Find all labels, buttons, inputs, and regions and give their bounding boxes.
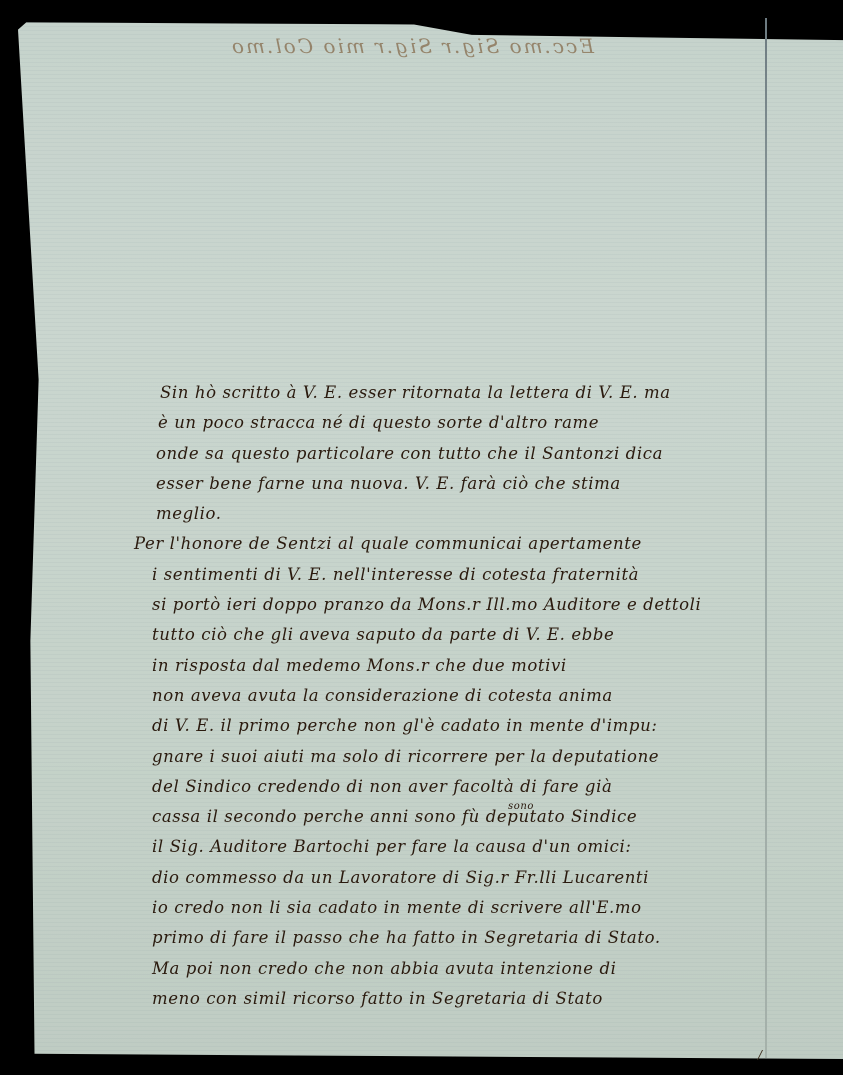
text-line: Per l'honore de Sentzi al quale communic… [120, 529, 780, 559]
handwritten-text-block: Sin hò scritto à V. E. esser ritornata l… [120, 378, 780, 1014]
text-line: primo di fare il passo che ha fatto in S… [120, 923, 780, 953]
text-line: non aveva avuta la considerazione di cot… [120, 681, 780, 711]
text-line: meno con simil ricorso fatto in Segretar… [120, 984, 780, 1014]
text-line: gnare i suoi aiuti ma solo di ricorrere … [120, 742, 780, 772]
text-line: si portò ieri doppo pranzo da Mons.r Ill… [120, 590, 780, 620]
text-line: in risposta dal medemo Mons.r che due mo… [120, 651, 780, 681]
text-line: del Sindico credendo di non aver facoltà… [120, 772, 780, 802]
text-line-content: cassa il secondo perche anni sono fù dep… [152, 807, 637, 826]
text-line: Ma poi non credo che non abbia avuta int… [120, 954, 780, 984]
text-line: di V. E. il primo perche non gl'è cadato… [120, 711, 780, 741]
interlinear-insertion: sono [508, 792, 534, 822]
text-line: cassa il secondo perche anni sono fù dep… [120, 802, 780, 832]
text-line: dio commesso da un Lavoratore di Sig.r F… [120, 863, 780, 893]
text-line: tutto ciò che gli aveva saputo da parte … [120, 620, 780, 650]
text-line: meglio. [120, 499, 780, 529]
text-line: io credo non li sia cadato in mente di s… [120, 893, 780, 923]
text-line: onde sa questo particolare con tutto che… [120, 439, 780, 469]
text-line: Sin hò scritto à V. E. esser ritornata l… [120, 378, 780, 408]
bleed-through-heading: Ecc.mo Sig.r Sig.r mio Col.mo [230, 34, 594, 58]
text-line: il Sig. Auditore Bartochi per fare la ca… [120, 832, 780, 862]
text-line: è un poco stracca né di questo sorte d'a… [120, 408, 780, 438]
text-line: i sentimenti di V. E. nell'interesse di … [120, 560, 780, 590]
text-line: esser bene farne una nuova. V. E. farà c… [120, 469, 780, 499]
page-mark: / [758, 1048, 762, 1062]
